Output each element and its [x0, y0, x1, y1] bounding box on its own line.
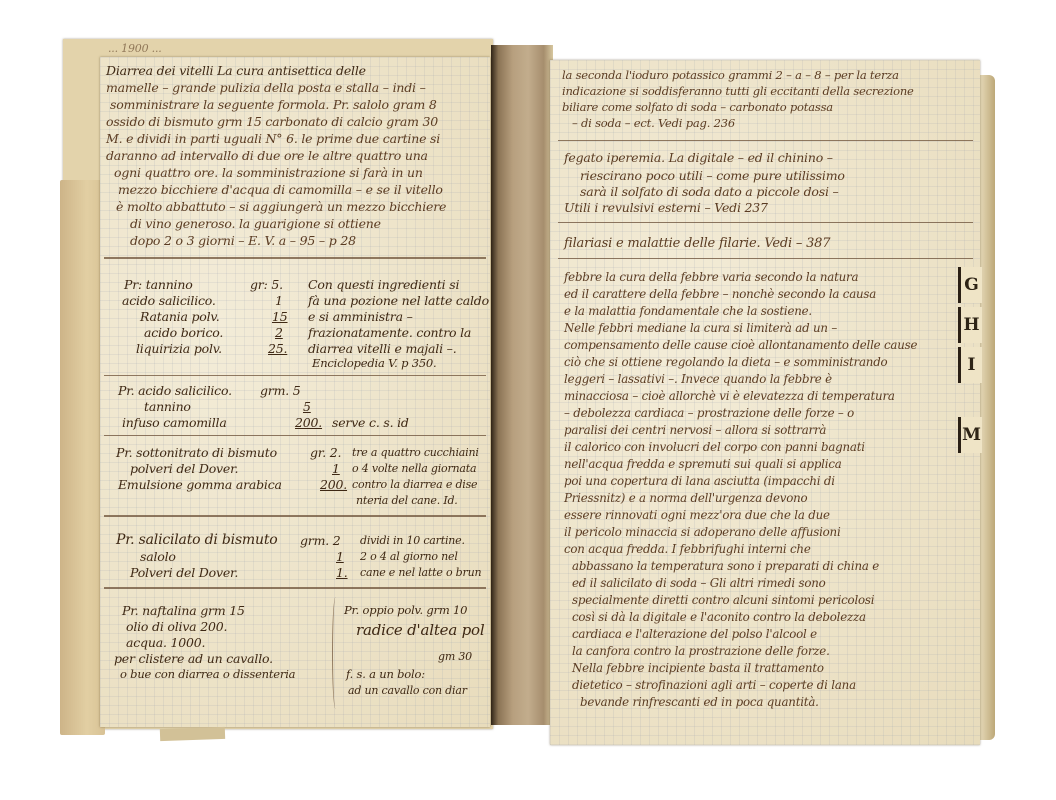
prescription-line: Pr. oppio polv. grm 10	[344, 603, 467, 618]
entry-line: con acqua fredda. I febbrifughi interni …	[564, 542, 811, 557]
dose: 1	[275, 293, 283, 308]
entry-line: dopo 2 o 3 giorni – E. V. a – 95 – p 28	[130, 233, 356, 248]
index-tab-g[interactable]: G	[958, 267, 982, 303]
entry-line: paralisi dei centri nervosi – allora si …	[564, 423, 826, 438]
entry-line: ogni quattro ore. la somministrazione si…	[114, 165, 423, 180]
prescription-line: olio di oliva 200.	[126, 619, 227, 634]
note: e si amministra –	[308, 309, 413, 324]
entry-line: biliare come solfato di soda – carbonato…	[562, 100, 833, 115]
entry-line: il pericolo minaccia si adoperano delle …	[564, 525, 841, 540]
prescription-line: f. s. a un bolo:	[346, 667, 425, 682]
entry-line: ossido di bismuto grm 15 carbonato di ca…	[106, 114, 438, 129]
ingredient: Pr. sottonitrato di bismuto	[116, 445, 277, 460]
ingredient: polveri del Dover.	[130, 461, 238, 476]
entry-line: ed il carattere della febbre – nonchè se…	[564, 287, 876, 302]
entry-line: e la malattia fondamentale che la sostie…	[564, 304, 812, 319]
entry-line: Diarrea dei vitelli La cura antisettica …	[106, 63, 366, 78]
note: 2 o 4 al giorno nel	[360, 549, 458, 564]
entry-line: Utili i revulsivi esterni – Vedi 237	[564, 200, 768, 215]
reference: Enciclopedia V. p 350.	[312, 356, 437, 371]
entry-line: sarà il solfato di soda dato a piccole d…	[580, 184, 839, 199]
entry-filariasi: filariasi e malattie delle filarie. Vedi…	[564, 236, 830, 251]
divider	[104, 257, 486, 259]
note: nteria del cane. Id.	[356, 493, 458, 508]
entry-line: ciò che si ottiene regolando la dieta – …	[564, 355, 887, 370]
entry-line: così si dà la digitale e l'aconito contr…	[572, 610, 866, 625]
entry-line: leggeri – lassativi –. Invece quando la …	[564, 372, 832, 387]
entry-line: Nelle febbri mediane la cura si limiterà…	[564, 321, 837, 336]
entry-line: mezzo bicchiere d'acqua di camomilla – e…	[118, 182, 443, 197]
entry-line: fegato iperemia. La digitale – ed il chi…	[564, 150, 833, 165]
entry-line: daranno ad intervallo di due ore le altr…	[106, 148, 428, 163]
dose: 200.	[320, 477, 347, 492]
left-cover-flap	[60, 180, 105, 735]
entry-line: la seconda l'ioduro potassico grammi 2 –…	[562, 68, 899, 83]
dose: grm. 2	[300, 533, 341, 548]
note: o 4 volte nella giornata	[352, 461, 476, 476]
entry-line: dietetico – strofinazioni agli arti – co…	[572, 678, 856, 693]
entry-line: ed il salicilato di soda – Gli altri rim…	[572, 576, 826, 591]
entry-line: somministrare la seguente formola. Pr. s…	[110, 97, 437, 112]
entry-line: indicazione si soddisferanno tutti gli e…	[562, 84, 914, 99]
dose: 1.	[336, 565, 348, 580]
entry-line: bevande rinfrescanti ed in poca quantità…	[580, 695, 819, 710]
alphabet-index-tabs: G H I M	[958, 267, 982, 457]
ingredient: Polveri del Dover.	[130, 565, 238, 580]
note: frazionatamente. contro la	[308, 325, 471, 340]
entry-line: la canfora contro la prostrazione delle …	[572, 644, 830, 659]
ingredient: acido salicilico.	[122, 293, 216, 308]
entry-line: riescirano poco utili – come pure utilis…	[580, 168, 845, 183]
entry-line: mamelle – grande pulizia della posta e s…	[106, 80, 426, 95]
ingredient: tannino	[144, 399, 191, 414]
note: dividi in 10 cartine.	[360, 533, 465, 548]
brace	[332, 597, 339, 709]
note: serve c. s. id	[332, 415, 409, 430]
left-page: ... 1900 ... Diarrea dei vitelli La cura…	[100, 57, 490, 727]
entry-line: cardiaca e l'alterazione del polso l'alc…	[572, 627, 817, 642]
entry-line: Nella febbre incipiente basta il trattam…	[572, 661, 824, 676]
notebook: ... 1900 ... Diarrea dei vitelli La cura…	[55, 35, 1000, 745]
prescription-line: ad un cavallo con diar	[348, 683, 467, 698]
ingredient: Ratania polv.	[140, 309, 220, 324]
ingredient: Pr. salicilato di bismuto	[116, 533, 277, 548]
index-tab-m[interactable]: M	[958, 417, 982, 453]
prescription-line: Pr. naftalina grm 15	[122, 603, 245, 618]
ingredient: acido borico.	[144, 325, 223, 340]
ingredient: infuso camomilla	[122, 415, 227, 430]
entry-line: compensamento delle cause cioè allontana…	[564, 338, 917, 353]
torn-paper-fragment	[160, 727, 225, 741]
dose: gr. 2.	[310, 445, 341, 460]
entry-line: – debolezza cardiaca – prostrazione dell…	[564, 406, 854, 421]
top-edge-fragment: ... 1900 ...	[108, 41, 162, 56]
note: contro la diarrea e dise	[352, 477, 477, 492]
entry-line: – di soda – ect. Vedi pag. 236	[572, 116, 735, 131]
dose: grm. 5	[260, 383, 301, 398]
prescription-line: acqua. 1000.	[126, 635, 205, 650]
entry-line: specialmente diretti contro alcuni sinto…	[572, 593, 874, 608]
divider	[558, 258, 973, 259]
entry-line: di vino generoso. la guarigione si ottie…	[130, 216, 381, 231]
note: tre a quattro cucchiaini	[352, 445, 479, 460]
dose: 1	[332, 461, 340, 476]
dose: 25.	[268, 341, 287, 356]
ingredient: Emulsione gomma arabica	[118, 477, 282, 492]
entry-line: Priessnitz) e a norma dell'urgenza devon…	[564, 491, 807, 506]
dose: 5	[303, 399, 311, 414]
entry-line: il calorico con involucri del corpo con …	[564, 440, 865, 455]
dose: gr: 5.	[250, 277, 283, 292]
dose: 1	[336, 549, 344, 564]
prescription-line: gm 30	[438, 649, 472, 664]
entry-line: poi una copertura di lana asciutta (impa…	[564, 474, 835, 489]
note: diarrea vitelli e majali –.	[308, 341, 456, 356]
note: cane e nel latte o brun	[360, 565, 481, 580]
prescription-line: per clistere ad un cavallo.	[114, 651, 273, 666]
divider	[104, 587, 486, 589]
divider	[558, 222, 973, 223]
divider	[104, 435, 486, 436]
entry-line: febbre la cura della febbre varia second…	[564, 270, 858, 285]
ingredient: Pr. acido salicilico.	[118, 383, 232, 398]
book-spine	[491, 45, 553, 725]
prescription-line: o bue con diarrea o dissenteria	[120, 667, 295, 682]
note: fà una pozione nel latte caldo	[308, 293, 489, 308]
divider	[104, 515, 486, 517]
dose: 200.	[295, 415, 322, 430]
index-tab-i[interactable]: I	[958, 347, 982, 383]
dose: 2	[275, 325, 283, 340]
prescription-line: radice d'altea pol	[356, 623, 484, 638]
entry-line: è molto abbattuto – si aggiungerà un mez…	[116, 199, 446, 214]
note: Con questi ingredienti si	[308, 277, 459, 292]
dose: 15	[272, 309, 288, 324]
entry-line: minacciosa – cioè allorchè vi è elevatez…	[564, 389, 895, 404]
index-tab-h[interactable]: H	[958, 307, 982, 343]
ingredient: liquirizia polv.	[136, 341, 222, 356]
right-page: la seconda l'ioduro potassico grammi 2 –…	[550, 60, 980, 745]
ingredient: Pr: tannino	[124, 277, 193, 292]
ingredient: salolo	[140, 549, 176, 564]
entry-line: nell'acqua fredda e spremuti sui quali s…	[564, 457, 842, 472]
entry-line: M. e dividi in parti uguali N° 6. le pri…	[106, 131, 440, 146]
entry-line: abbassano la temperatura sono i preparat…	[572, 559, 879, 574]
divider	[104, 375, 486, 376]
entry-line: essere rinnovati ogni mezz'ora due che l…	[564, 508, 830, 523]
divider	[558, 140, 973, 141]
